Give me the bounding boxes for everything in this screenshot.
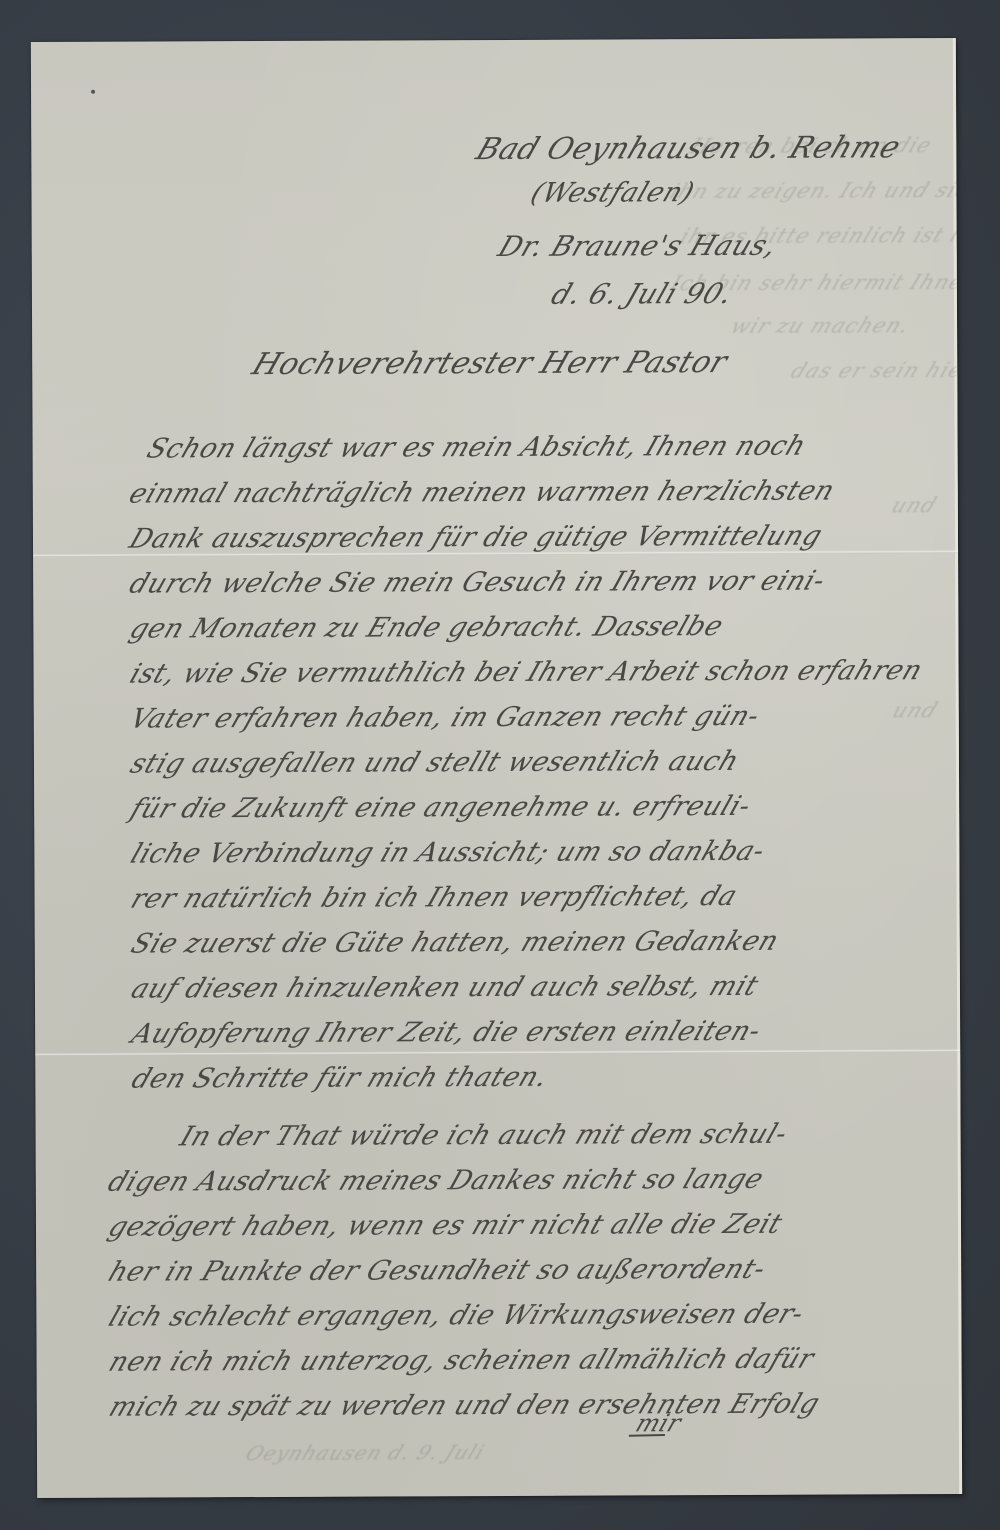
body-line: stig ausgefallen und stellt wesentlich a… [126,746,743,780]
bleed-through-text: wir zu machen. [727,313,914,338]
salutation: Hochverehrtester Herr Pastor [247,345,732,382]
body-line: liche Verbindung in Aussicht; um so dank… [126,836,769,870]
body-line: In der That würde ich auch mit dem schul… [176,1119,792,1153]
body-line: Dank auszusprechen für die gütige Vermit… [125,521,827,555]
body-line: gen Monaten zu Ende gebracht. Dasselbe [125,611,727,645]
body-line: her in Punkte der Gesundheit so außerord… [104,1254,770,1288]
place-line: Bad Oeynhausen b. Rehme [471,130,905,167]
bleed-through-text: das er sein hier es [787,358,962,383]
fold-line-lower [35,1049,960,1056]
date-line: d. 6. Juli 90. [547,277,738,311]
bleed-through-text: ihn zu zeigen. Ich und sie da [667,178,962,203]
body-line: Vater erfahren haben, im Ganzen recht gü… [126,701,764,735]
body-line: rer natürlich bin ich Ihnen verpflichtet… [127,881,742,915]
body-line: Schon längst war es mein Absicht, Ihnen … [143,431,811,465]
region-line: (Westfalen) [527,177,699,209]
body-line: für die Zukunft eine angenehme u. erfreu… [126,791,755,825]
body-line: gezögert haben, wenn es mir nicht alle d… [104,1209,786,1243]
ink-speck [91,90,95,94]
body-line: einmal nachträglich meinen warmen herzli… [125,476,839,510]
body-line: ist, wie Sie vermuthlich bei Ihrer Arbei… [126,655,927,689]
body-line: mich zu spät zu werden und den ersehnten… [105,1389,824,1423]
bleed-through-text: Oeynhausen d. 9. Juli [242,1440,489,1465]
body-line: nen ich mich unterzog, scheinen allmähli… [105,1344,819,1378]
paper-edge [953,38,962,1494]
body-line: Aufopferung Ihrer Zeit, die ersten einle… [127,1016,765,1050]
house-line: Dr. Braune's Haus, [494,229,782,263]
letter-page: Herren bei ch an die ihn zu zeigen. Ich … [31,38,962,1498]
body-line: lich schlecht ergangen, die Wirkungsweis… [104,1299,808,1333]
body-line: auf diesen hinzulenken und auch selbst, … [127,971,763,1005]
body-line: digen Ausdruck meines Dankes nicht so la… [104,1164,768,1198]
body-line: durch welche Sie mein Gesuch in Ihrem vo… [125,566,829,600]
bleed-through-text: und [889,698,942,722]
body-line: Sie zuerst die Güte hatten, meinen Gedan… [127,926,783,960]
bleed-through-text: und [888,493,941,517]
body-line: den Schritte für mich thaten. [127,1062,552,1095]
